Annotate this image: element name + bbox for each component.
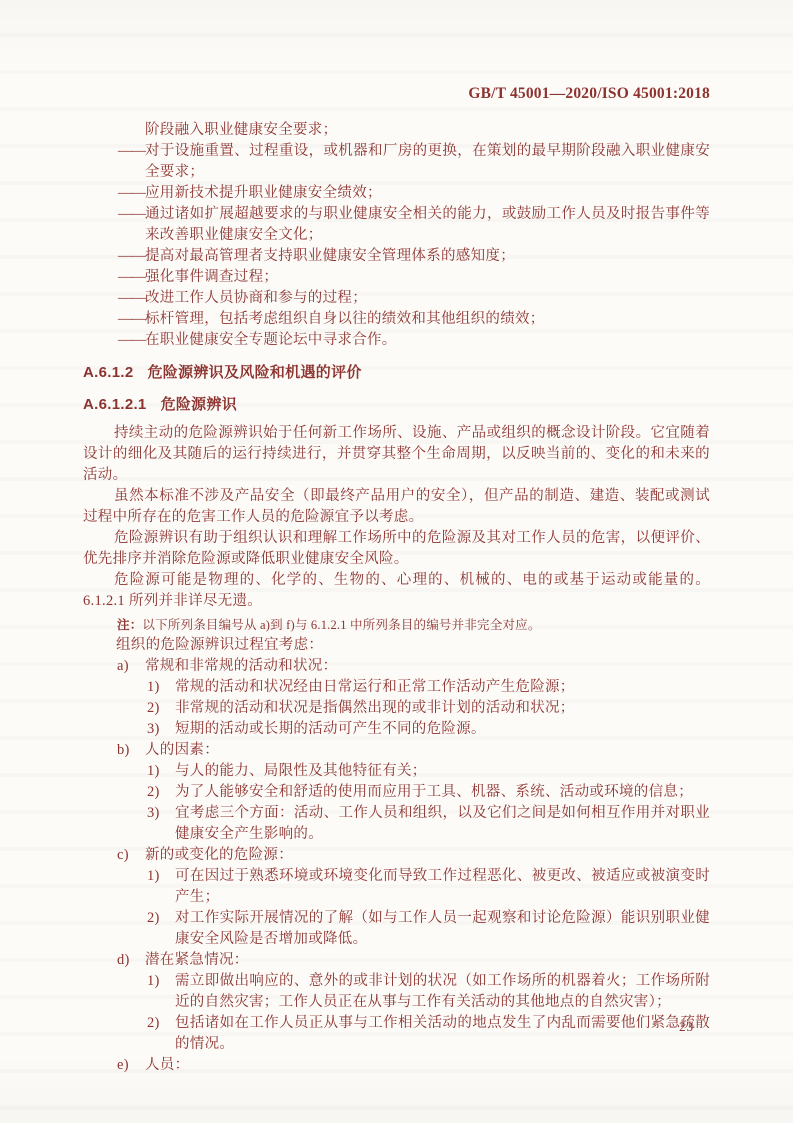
standard-number-header: GB/T 45001—2020/ISO 45001:2018 (83, 84, 710, 104)
list-item: —— 在职业健康安全专题论坛中寻求合作。 (83, 330, 710, 351)
list-item: —— 改进工作人员协商和参与的过程； (83, 288, 710, 309)
section-number: A.6.1.2 (83, 364, 133, 381)
outline-subitem: 1) 与人的能力、局限性及其他特征有关； (83, 761, 710, 782)
list-item-text: 应用新技术提升职业健康安全绩效； (145, 183, 710, 204)
subitem-number: 1) (147, 761, 175, 782)
dash-marker: —— (118, 141, 145, 183)
list-item: —— 提高对最高管理者支持职业健康安全管理体系的感知度； (83, 246, 710, 267)
outline-item-c: c) 新的或变化的危险源： (83, 845, 710, 866)
outline-text: 人员： (145, 1055, 710, 1076)
dash-marker: —— (118, 204, 145, 246)
outline-item-b: b) 人的因素： (83, 740, 710, 761)
outline-item-d: d) 潜在紧急情况： (83, 950, 710, 971)
section-heading-a612: A.6.1.2危险源辨识及风险和机遇的评价 (83, 363, 710, 383)
dash-marker: —— (118, 330, 145, 351)
outline-label: b) (117, 740, 145, 761)
list-item: —— 标杆管理，包括考虑组织自身以往的绩效和其他组织的绩效； (83, 309, 710, 330)
list-item-text: 在职业健康安全专题论坛中寻求合作。 (145, 330, 710, 351)
subitem-text: 与人的能力、局限性及其他特征有关； (175, 761, 710, 782)
subitem-number: 3) (147, 719, 175, 740)
subitem-text: 短期的活动或长期的活动可产生不同的危险源。 (175, 719, 710, 740)
note-label: 注： (117, 618, 142, 632)
outline-list: a) 常规和非常规的活动和状况： 1) 常规的活动和状况经由日常运行和正常工作活… (83, 656, 710, 1076)
outline-subitem: 3) 宜考虑三个方面：活动、工作人员和组织，以及它们之间是如何相互作用并对职业健… (83, 803, 710, 845)
subitem-number: 2) (147, 782, 175, 803)
subitem-text: 宜考虑三个方面：活动、工作人员和组织，以及它们之间是如何相互作用并对职业健康安全… (175, 803, 710, 845)
outline-text: 常规和非常规的活动和状况： (145, 656, 710, 677)
subitem-text: 对工作实际开展情况的了解（如与工作人员一起观察和讨论危险源）能识别职业健康安全风… (175, 908, 710, 950)
section-title: 危险源辨识 (161, 396, 238, 413)
subitem-number: 1) (147, 677, 175, 698)
note-text: 以下所列条目编号从 a)到 f)与 6.1.2.1 中所列条目的编号并非完全对应… (142, 618, 540, 632)
dash-marker: —— (118, 288, 145, 309)
subitem-text: 非常规的活动和状况是指偶然出现的或非计划的活动和状况； (175, 698, 710, 719)
outline-subitem: 1) 可在因过于熟悉环境或环境变化而导致工作过程恶化、被更改、被适应或被演变时产… (83, 866, 710, 908)
outline-label: d) (117, 950, 145, 971)
outline-label: c) (117, 845, 145, 866)
list-item-text: 通过诸如扩展超越要求的与职业健康安全相关的能力，或鼓励工作人员及时报告事件等来改… (145, 204, 710, 246)
paragraph: 持续主动的危险源辨识始于任何新工作场所、设施、产品或组织的概念设计阶段。它宜随着… (83, 423, 710, 486)
lead-in-sentence: 组织的危险源辨识过程宜考虑： (83, 635, 710, 656)
paragraph: 虽然本标准不涉及产品安全（即最终产品用户的安全），但产品的制造、建造、装配或测试… (83, 486, 710, 528)
outline-item-e: e) 人员： (83, 1055, 710, 1076)
subitem-text: 为了人能够安全和舒适的使用而应用于工具、机器、系统、活动或环境的信息； (175, 782, 710, 803)
subitem-number: 1) (147, 971, 175, 1013)
outline-subitem: 2) 包括诸如在工作人员正从事与工作相关活动的地点发生了内乱而需要他们紧急疏散的… (83, 1013, 710, 1055)
subitem-number: 2) (147, 908, 175, 950)
dash-marker: —— (118, 309, 145, 330)
subitem-text: 包括诸如在工作人员正从事与工作相关活动的地点发生了内乱而需要他们紧急疏散的情况。 (175, 1013, 710, 1055)
outline-label: e) (117, 1055, 145, 1076)
section-heading-a6121: A.6.1.2.1危险源辨识 (83, 395, 710, 415)
list-item-text: 提高对最高管理者支持职业健康安全管理体系的感知度； (145, 246, 710, 267)
subitem-text: 常规的活动和状况经由日常运行和正常工作活动产生危险源； (175, 677, 710, 698)
outline-subitem: 1) 需立即做出响应的、意外的或非计划的状况（如工作场所的机器着火；工作场所附近… (83, 971, 710, 1013)
section-number: A.6.1.2.1 (83, 396, 147, 413)
outline-subitem: 2) 非常规的活动和状况是指偶然出现的或非计划的活动和状况； (83, 698, 710, 719)
outline-item-a: a) 常规和非常规的活动和状况： (83, 656, 710, 677)
outline-label: a) (117, 656, 145, 677)
dash-marker: —— (118, 267, 145, 288)
list-item-continuation: 阶段融入职业健康安全要求； (83, 120, 710, 141)
outline-subitem: 1) 常规的活动和状况经由日常运行和正常工作活动产生危险源； (83, 677, 710, 698)
list-item: —— 应用新技术提升职业健康安全绩效； (83, 183, 710, 204)
paragraph: 危险源可能是物理的、化学的、生物的、心理的、机械的、电的或基于运动或能量的。6.… (83, 570, 710, 612)
subitem-text: 需立即做出响应的、意外的或非计划的状况（如工作场所的机器着火；工作场所附近的自然… (175, 971, 710, 1013)
paragraph: 危险源辨识有助于组织认识和理解工作场所中的危险源及其对工作人员的危害，以便评价、… (83, 528, 710, 570)
subitem-number: 3) (147, 803, 175, 845)
list-item-text: 强化事件调查过程； (145, 267, 710, 288)
outline-subitem: 2) 对工作实际开展情况的了解（如与工作人员一起观察和讨论危险源）能识别职业健康… (83, 908, 710, 950)
section-title: 危险源辨识及风险和机遇的评价 (147, 364, 361, 381)
body-text: 持续主动的危险源辨识始于任何新工作场所、设施、产品或组织的概念设计阶段。它宜随着… (83, 423, 710, 612)
dash-marker: —— (118, 246, 145, 267)
list-item: —— 强化事件调查过程； (83, 267, 710, 288)
list-item: —— 通过诸如扩展超越要求的与职业健康安全相关的能力，或鼓励工作人员及时报告事件… (83, 204, 710, 246)
outline-text: 新的或变化的危险源： (145, 845, 710, 866)
list-item: —— 对于设施重置、过程重设，或机器和厂房的更换，在策划的最早期阶段融入职业健康… (83, 141, 710, 183)
list-item-text: 改进工作人员协商和参与的过程； (145, 288, 710, 309)
list-item-text: 标杆管理，包括考虑组织自身以往的绩效和其他组织的绩效； (145, 309, 710, 330)
outline-subitem: 3) 短期的活动或长期的活动可产生不同的危险源。 (83, 719, 710, 740)
document-page: GB/T 45001—2020/ISO 45001:2018 阶段融入职业健康安… (0, 0, 793, 1123)
outline-subitem: 2) 为了人能够安全和舒适的使用而应用于工具、机器、系统、活动或环境的信息； (83, 782, 710, 803)
outline-text: 潜在紧急情况： (145, 950, 710, 971)
note: 注：以下所列条目编号从 a)到 f)与 6.1.2.1 中所列条目的编号并非完全… (83, 616, 710, 635)
subitem-number: 2) (147, 1013, 175, 1055)
outline-text: 人的因素： (145, 740, 710, 761)
subitem-number: 1) (147, 866, 175, 908)
dash-marker: —— (118, 183, 145, 204)
subitem-number: 2) (147, 698, 175, 719)
dash-list: 阶段融入职业健康安全要求； —— 对于设施重置、过程重设，或机器和厂房的更换，在… (83, 120, 710, 351)
subitem-text: 可在因过于熟悉环境或环境变化而导致工作过程恶化、被更改、被适应或被演变时产生； (175, 866, 710, 908)
list-item-text: 对于设施重置、过程重设，或机器和厂房的更换，在策划的最早期阶段融入职业健康安全要… (145, 141, 710, 183)
page-number: 23 (679, 1019, 694, 1035)
